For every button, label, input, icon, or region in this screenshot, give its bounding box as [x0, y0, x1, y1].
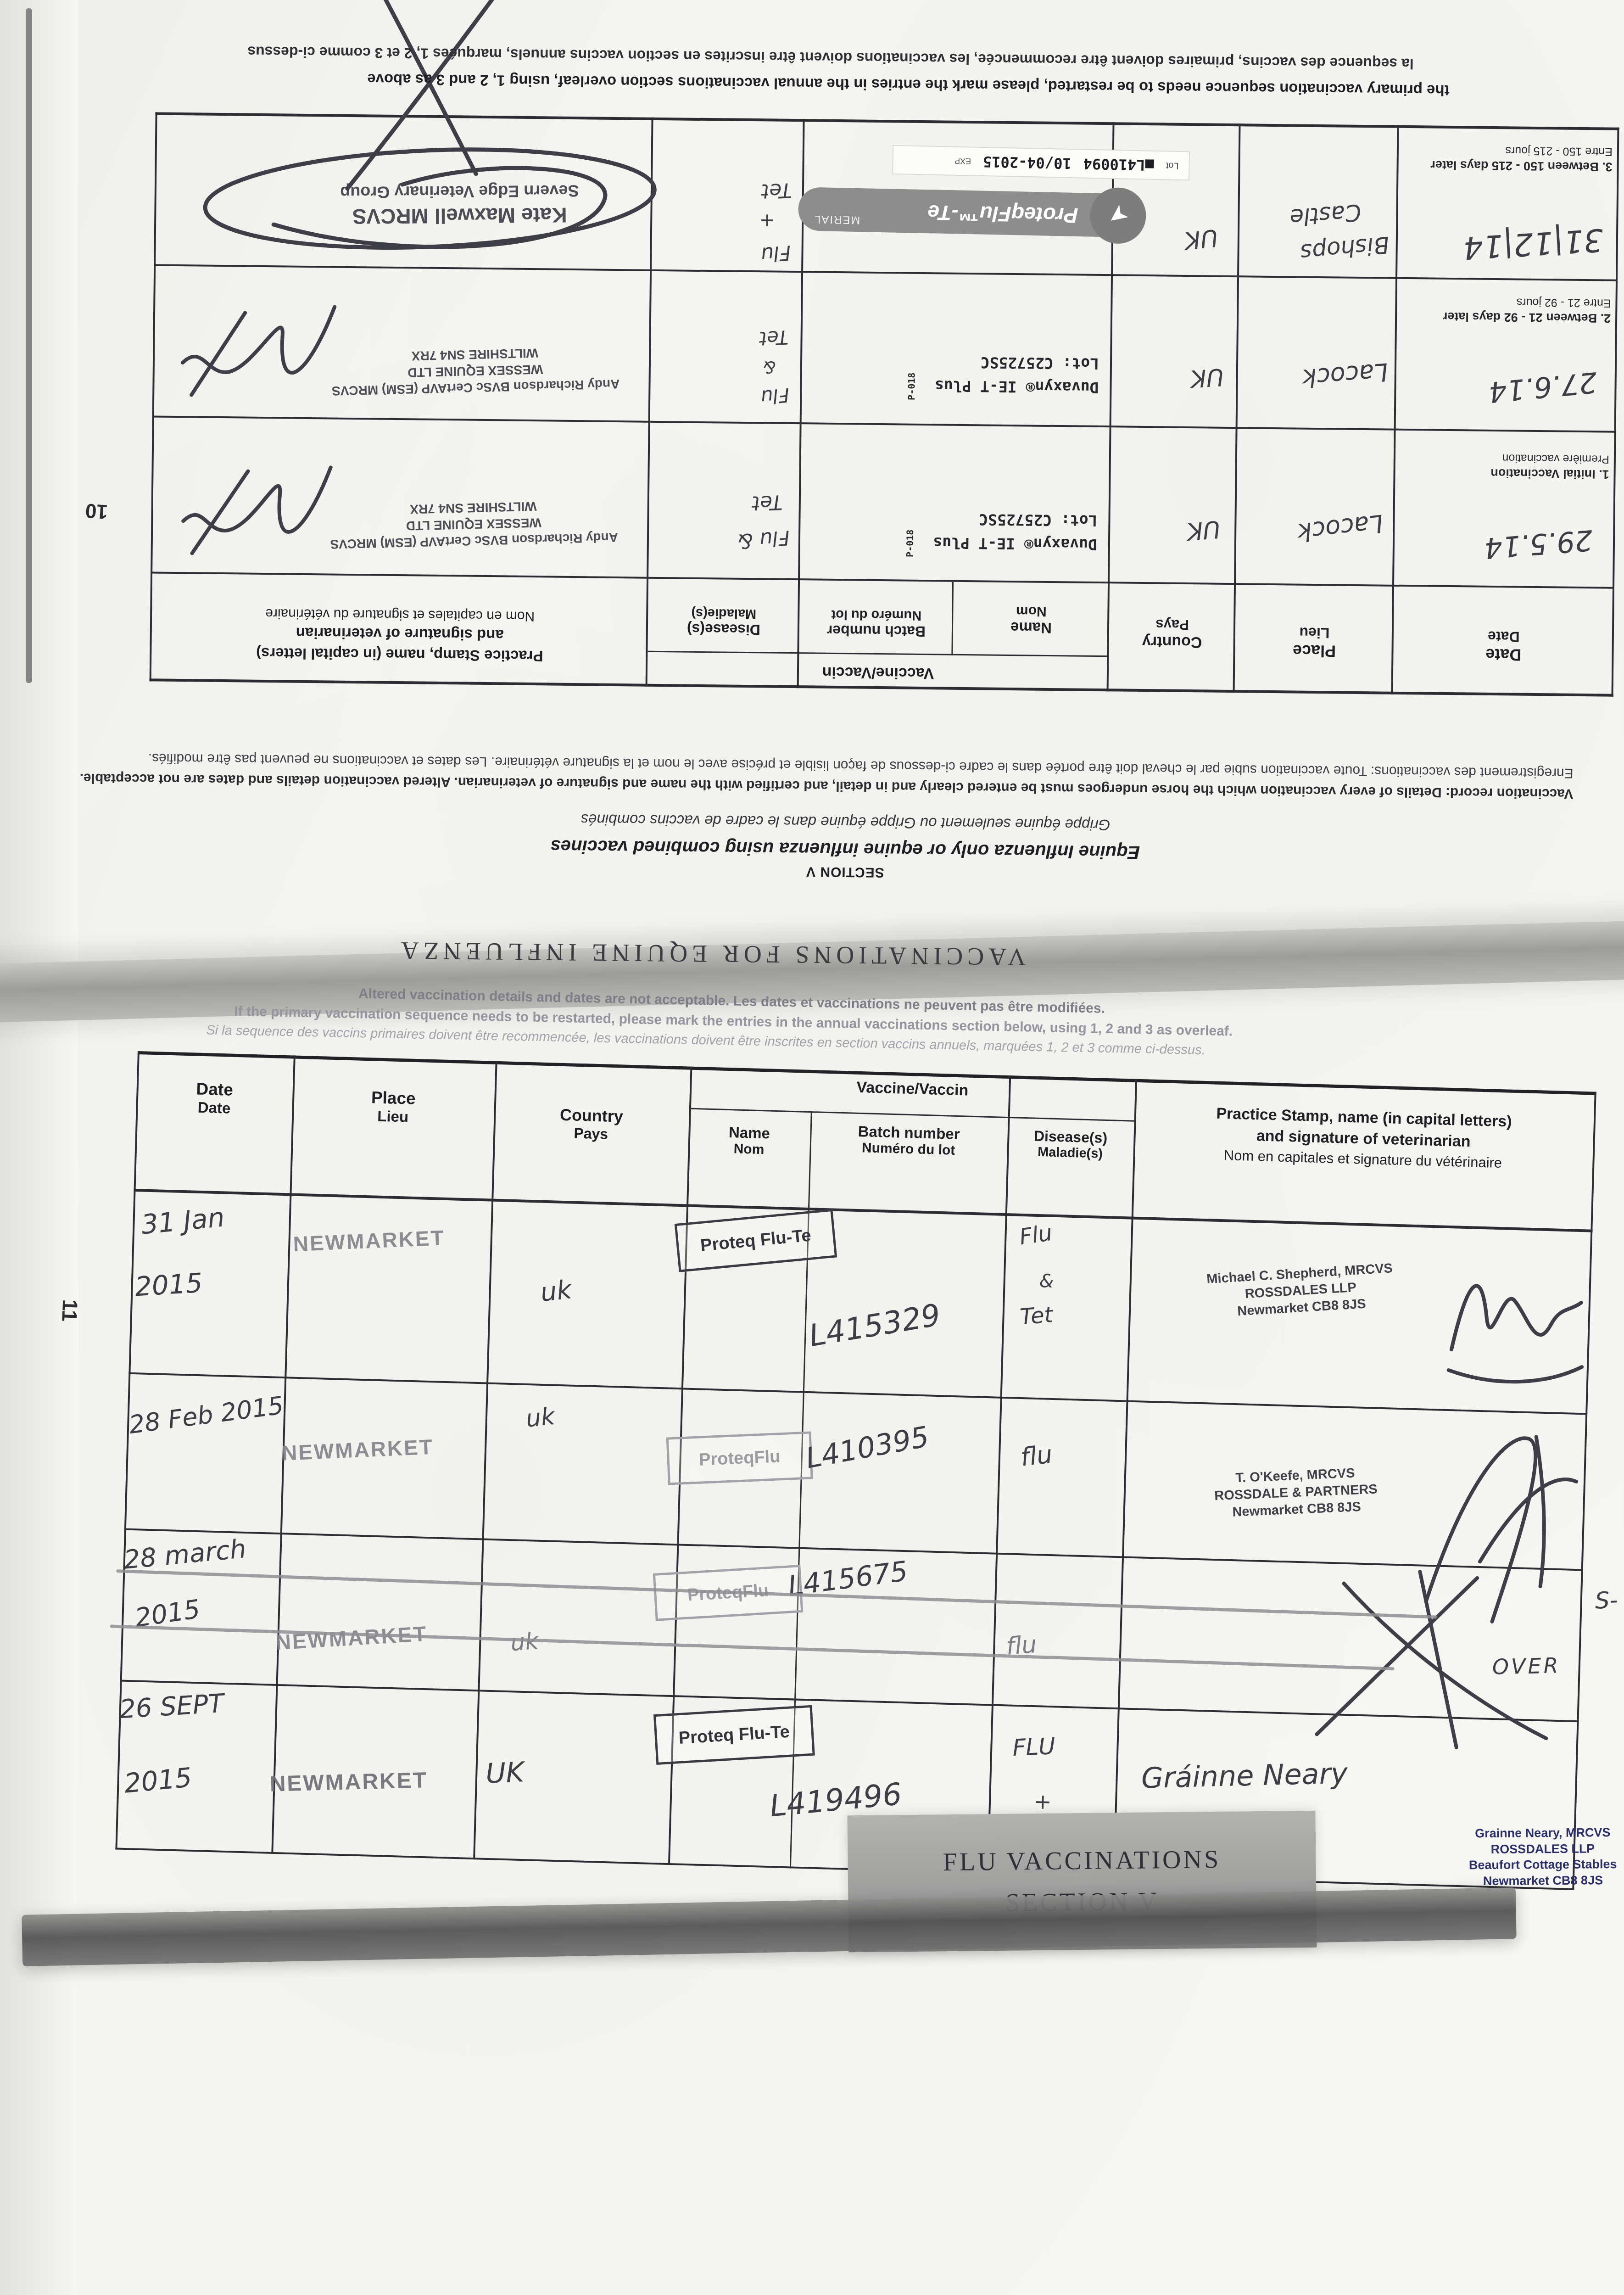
signature-andy-richardson [162, 278, 346, 417]
page10-heading-fr: Grippe équine seulement ou Grippe équine… [524, 810, 1166, 834]
header-name-en: Name [953, 618, 1109, 638]
vaccine-name-print: Duvaxyn® IE-T Plus P-018 [896, 533, 1097, 554]
header-date-en: Date [1393, 644, 1613, 666]
vaccine-name-text: Duvaxyn® IE-T Plus [933, 534, 1097, 554]
place-handwritten: Castle [1289, 201, 1362, 229]
table-line [115, 1847, 1574, 1890]
row-seq-label-en: 3. Between 150 - 215 days later [1430, 157, 1613, 174]
country-handwritten: UK [485, 1758, 525, 1787]
table-line [1233, 123, 1241, 693]
table-line [1391, 125, 1399, 694]
header-batch-fr: Numéro du lot [799, 606, 953, 623]
row-seq-label-fr: Première vaccination [1491, 451, 1609, 466]
vaccine-lot-print: Lot: C25725SC [981, 353, 1099, 373]
page11-vaccination-table: Date Date Place Lieu Country Pays Vaccin… [115, 1051, 1596, 1890]
page10-running-title: VACCINATIONS FOR EQUINE INFLUENZA [390, 936, 1032, 972]
disease-handwritten: Flu [1018, 1222, 1054, 1248]
newmarket-stamp: NEWMARKET [281, 1434, 434, 1466]
place-handwritten: Lacock [1296, 510, 1384, 544]
vaccine-stamp-text: Proteq Flu-Te [699, 1226, 812, 1256]
page-number-11: 11 [57, 1299, 83, 1322]
table-line [1612, 128, 1619, 697]
signature-shepherd [1428, 1230, 1597, 1390]
arrow-icon: ➤ [1102, 199, 1134, 233]
vaccine-stamp-text: Proteq Flu-Te [678, 1722, 790, 1748]
header-name-fr: Nom [688, 1140, 810, 1159]
date-handwritten: 27.6.14 [1488, 368, 1598, 406]
batch-handwritten: L410395 [804, 1422, 931, 1473]
table-line [154, 264, 1618, 281]
header-date-fr: Date [136, 1097, 292, 1119]
newmarket-stamp: NEWMARKET [275, 1621, 428, 1655]
batch-handwritten: L415329 [807, 1300, 943, 1351]
sticker-brand: ProteqFlu™-Te [927, 200, 1078, 228]
header-date-fr: Date [1394, 627, 1614, 646]
header-batch-en: Batch number [799, 621, 953, 640]
disease-handwritten: FLU [1012, 1735, 1055, 1759]
header-place-fr: Lieu [1235, 623, 1394, 642]
place-handwritten: Lacock [1301, 359, 1389, 391]
table-line [647, 651, 1109, 657]
table-line [152, 415, 1616, 432]
page10-upside-down: VACCINATIONS FOR EQUINE INFLUENZA SECTIO… [45, 1, 1624, 991]
disease-handwritten: flu [1019, 1442, 1054, 1470]
page-number-10: 10 [84, 498, 108, 523]
practice-stamp-line: Newmarket CB8 8JS [1442, 1872, 1624, 1889]
scan-edge-strip [26, 8, 32, 683]
vaccine-name-print: Duvaxyn® IE-T Plus P-018 [898, 376, 1099, 397]
disease-handwritten: & [763, 358, 776, 375]
scanned-horse-passport-page: VACCINATIONS FOR EQUINE INFLUENZA SECTIO… [0, 0, 1624, 2295]
disease-handwritten: Tet [761, 179, 792, 201]
page10-heading-en: Equine Influenza only or equine influenz… [501, 835, 1189, 863]
edge-annotation: S- [1595, 1589, 1618, 1612]
date-handwritten: 28 march [123, 1536, 247, 1573]
date-handwritten: 31 Jan [140, 1203, 225, 1238]
page10-vaccination-table: Date Date Place Lieu Country Pays Vaccin… [150, 112, 1619, 696]
row-seq-label-en: 1. Initial Vaccination [1490, 465, 1609, 481]
sticker-cap: ➤ [1089, 187, 1147, 245]
place-handwritten: Bishops [1299, 233, 1390, 264]
header-disease-fr: Maladie(s) [1007, 1144, 1133, 1163]
table-line [115, 1051, 140, 1849]
country-handwritten: UK [1186, 517, 1221, 543]
disease-handwritten: Tet [759, 327, 789, 348]
signature-kate-maxwell-circled [195, 0, 729, 257]
disease-handwritten: Flu [760, 242, 792, 264]
header-country-fr: Pays [1109, 616, 1235, 633]
practice-stamp-line: Beaufort Cottage Stables [1442, 1856, 1624, 1874]
vaccine-name-text: Duvaxyn® IE-T Plus [935, 377, 1099, 397]
date-handwritten: 26 SEPT [119, 1691, 225, 1723]
country-handwritten: UK [1190, 364, 1224, 390]
country-handwritten: UK [1183, 225, 1219, 252]
disease-handwritten: + [759, 211, 775, 229]
practice-stamp-line: Grainne Neary, MRCVS [1442, 1825, 1624, 1842]
sticker-lot-number: ■L410094 [1083, 155, 1154, 174]
vaccine-lot-print: Lot: C25725SC [979, 510, 1098, 530]
sticker-expiry: 10/04-2015 [983, 153, 1072, 172]
table-line [473, 1061, 497, 1859]
disease-handwritten: Tet [752, 492, 783, 513]
vaccine-code-text: P-018 [906, 373, 918, 400]
row-seq-label-en: 2. Between 21 - 92 days later [1443, 308, 1611, 326]
header-name-fr: Nom [953, 603, 1109, 620]
sticker-exp-label: EXP [954, 156, 971, 166]
page-edge-bar [22, 1887, 1517, 1966]
header-country-en: Country [1109, 632, 1235, 651]
disease-handwritten: Tet [1019, 1304, 1054, 1328]
table-line [150, 112, 157, 681]
country-handwritten: uk [525, 1405, 556, 1431]
disease-handwritten: & [1039, 1272, 1054, 1291]
row-seq-label-fr: Entre 21 - 92 jours [1443, 294, 1611, 310]
disease-handwritten: Flu & [737, 527, 791, 551]
proteqflu-te-sticker-band: ➤ ProteqFlu™-Te MERIAL [798, 187, 1139, 238]
header-place-en: Place [1235, 640, 1393, 661]
table-line [689, 1108, 1134, 1122]
over-annotation: OVER [1492, 1655, 1561, 1678]
header-disease-fr: Maladie(s) [648, 605, 799, 621]
header-vaccine-group: Vaccine/Vaccin [647, 661, 1109, 684]
veterinarian-handwritten-name: Gráinne Neary [1141, 1759, 1348, 1792]
newmarket-stamp: NEWMARKET [269, 1768, 428, 1797]
sticker-maker: MERIAL [814, 213, 860, 226]
date-handwritten: 2015 [134, 1270, 203, 1300]
vaccine-stamp-text: ProteqFlu [698, 1447, 781, 1470]
table-line [151, 571, 1614, 588]
header-disease-en: Disease(s) [648, 620, 799, 638]
practice-stamp-line: ROSSDALES LLP [1442, 1840, 1624, 1858]
vaccine-stamp-box: Proteq Flu-Te [653, 1705, 815, 1765]
sticker-lot-label: Lot [1166, 160, 1179, 171]
vaccine-code-text: P-018 [904, 529, 916, 557]
sticker-lot-strip: Lot ■L410094 10/04-2015 EXP [892, 145, 1190, 181]
country-handwritten: uk [539, 1277, 573, 1306]
vaccine-stamp-box: Proteq Flu-Te [675, 1209, 837, 1272]
page10-section-label: SECTION V [615, 862, 1074, 882]
newmarket-stamp: NEWMARKET [293, 1225, 446, 1256]
date-handwritten: 31|12|14 [1462, 224, 1604, 263]
signature-andy-richardson [160, 434, 345, 573]
disease-handwritten: Flu [760, 385, 790, 407]
date-handwritten: 28 Feb 2015 [128, 1393, 285, 1438]
section-tab-line1: FLU VACCINATIONS [943, 1845, 1221, 1877]
table-line [1113, 1079, 1138, 1877]
disease-handwritten: + [1033, 1791, 1052, 1812]
table-line [987, 1075, 1011, 1874]
table-line [134, 1189, 1592, 1232]
table-line [128, 1372, 1587, 1415]
date-handwritten: 29.5.14 [1483, 526, 1594, 562]
date-handwritten: 2015 [123, 1764, 193, 1797]
row-seq-label-fr: Entre 150 - 215 jours [1431, 143, 1613, 159]
vaccine-stamp-box: ProteqFlu [666, 1431, 813, 1485]
